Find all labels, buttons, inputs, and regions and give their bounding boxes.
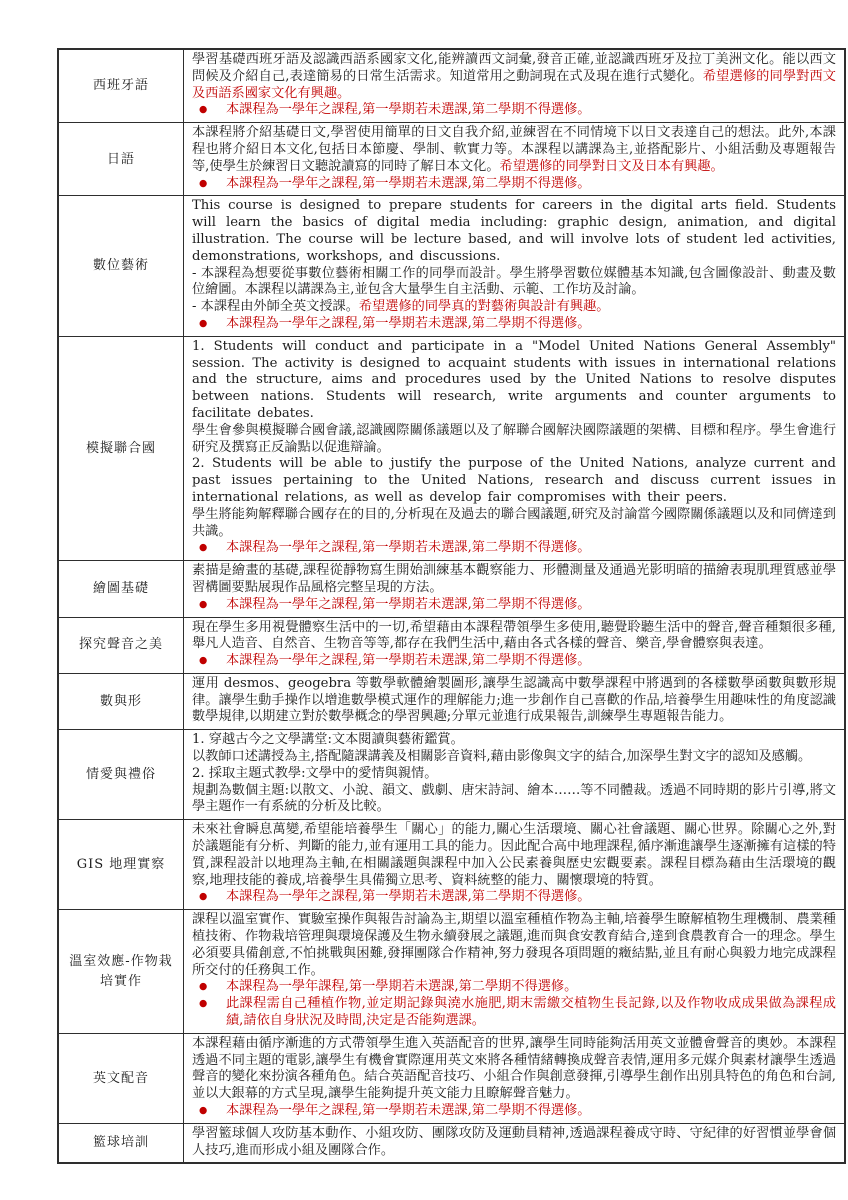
course-description-cell: 本課程藉由循序漸進的方式帶領學生進入英語配音的世界,讓學生同時能夠活用英文並體會… bbox=[184, 1033, 846, 1123]
bullet-item: ●本課程為一學年之課程,第一學期若未選課,第二學期不得選修。 bbox=[192, 102, 836, 119]
table-row: 探究聲音之美現在學生多用視覺體察生活中的一切,希望藉由本課程帶領學生多使用,聽覺… bbox=[58, 617, 845, 673]
text-run: - 本課程由外師全英文授課。 bbox=[192, 299, 359, 314]
bullet-icon: ● bbox=[192, 889, 226, 906]
text-run: 1. 穿越古今之文學講堂:文本閱讀與藝術鑑賞。 bbox=[192, 732, 464, 747]
bullet-item: ●本課程為一學年之課程,第一學期若未選課,第二學期不得選修。 bbox=[192, 653, 836, 670]
bullet-item: ●本課程為一學年之課程,第一學期若未選課,第二學期不得選修。 bbox=[192, 1103, 836, 1120]
text-run: 2. 採取主題式教學:文學中的愛情與親情。 bbox=[192, 766, 437, 781]
description-paragraph: 素描是繪畫的基礎,課程從靜物寫生開始訓練基本觀察能力、形體測量及通過光影明暗的描… bbox=[192, 563, 836, 597]
description-paragraph: 運用 desmos、geogebra 等數學軟體繪製圖形,讓學生認識高中數學課程… bbox=[192, 676, 836, 726]
table-row: 溫室效應-作物栽培實作課程以溫室實作、實驗室操作與報告討論為主,期望以溫室種植作… bbox=[58, 910, 845, 1034]
table-row: GIS 地理實察未來社會瞬息萬變,希望能培養學生「關心」的能力,關心生活環境、關… bbox=[58, 820, 845, 910]
description-paragraph: 學習籃球個人攻防基本動作、小組攻防、團隊攻防及運動員精神,透過課程養成守時、守紀… bbox=[192, 1126, 836, 1160]
description-paragraph: 2. 採取主題式教學:文學中的愛情與親情。 bbox=[192, 766, 836, 783]
highlight-text-run: 本課程為一學年之課程,第一學期若未選課,第二學期不得選修。 bbox=[226, 540, 590, 555]
description-paragraph: - 本課程由外師全英文授課。希望選修的同學真的對藝術與設計有興趣。 bbox=[192, 299, 836, 316]
description-paragraph: 本課程將介紹基礎日文,學習使用簡單的日文自我介紹,並練習在不同情境下以日文表達自… bbox=[192, 125, 836, 175]
course-name-cell: 模擬聯合國 bbox=[58, 336, 184, 560]
description-paragraph: 以教師口述講授為主,搭配隨課講義及相關影音資料,藉由影像與文字的結合,加深學生對… bbox=[192, 749, 836, 766]
text-run: 素描是繪畫的基礎,課程從靜物寫生開始訓練基本觀察能力、形體測量及通過光影明暗的描… bbox=[192, 563, 836, 595]
table-row: 英文配音本課程藉由循序漸進的方式帶領學生進入英語配音的世界,讓學生同時能夠活用英… bbox=[58, 1033, 845, 1123]
description-paragraph: 學習基礎西班牙語及認識西語系國家文化,能辨讀西文詞彙,發音正確,並認識西班牙及拉… bbox=[192, 52, 836, 102]
highlight-text-run: 本課程為一學年之課程,第一學期若未選課,第二學期不得選修。 bbox=[226, 889, 590, 904]
course-name-cell: 情愛與禮俗 bbox=[58, 730, 184, 820]
text-run: 以教師口述講授為主,搭配隨課講義及相關影音資料,藉由影像與文字的結合,加深學生對… bbox=[192, 749, 811, 764]
bullet-item: ●本課程為一學年之課程,第一學期若未選課,第二學期不得選修。 bbox=[192, 597, 836, 614]
highlight-text-run: 本課程為一學年之課程,第一學期若未選課,第二學期不得選修。 bbox=[226, 176, 590, 191]
description-paragraph: This course is designed to prepare stude… bbox=[192, 198, 836, 265]
bullet-icon: ● bbox=[192, 540, 226, 557]
course-description-cell: This course is designed to prepare stude… bbox=[184, 196, 846, 336]
bullet-text: 本課程為一學年之課程,第一學期若未選課,第二學期不得選修。 bbox=[226, 176, 836, 193]
text-run: 1. Students will conduct and participate… bbox=[192, 339, 836, 421]
bullet-text: 本課程為一學年之課程,第一學期若未選課,第二學期不得選修。 bbox=[226, 889, 836, 906]
bullet-item: ●此課程需自己種植作物,並定期記錄與澆水施肥,期末需繳交植物生長記錄,以及作物收… bbox=[192, 996, 836, 1030]
course-description-cell: 1. 穿越古今之文學講堂:文本閱讀與藝術鑑賞。以教師口述講授為主,搭配隨課講義及… bbox=[184, 730, 846, 820]
description-paragraph: - 本課程為想要從事數位藝術相關工作的同學而設計。學生將學習數位媒體基本知識,包… bbox=[192, 266, 836, 300]
table-row: 數位藝術This course is designed to prepare s… bbox=[58, 196, 845, 336]
course-table-body: 西班牙語學習基礎西班牙語及認識西語系國家文化,能辨讀西文詞彙,發音正確,並認識西… bbox=[58, 49, 845, 1163]
description-paragraph: 2. Students will be able to justify the … bbox=[192, 456, 836, 506]
highlight-text-run: 本課程為一學年之課程,第一學期若未選課,第二學期不得選修。 bbox=[226, 1103, 590, 1118]
bullet-text: 本課程為一學年之課程,第一學期若未選課,第二學期不得選修。 bbox=[226, 597, 836, 614]
bullet-icon: ● bbox=[192, 1103, 226, 1120]
bullet-icon: ● bbox=[192, 996, 226, 1030]
highlight-text-run: 本課程為一學年之課程,第一學期若未選課,第二學期不得選修。 bbox=[226, 316, 590, 331]
bullet-text: 本課程為一學年之課程,第一學期若未選課,第二學期不得選修。 bbox=[226, 653, 836, 670]
course-description-cell: 素描是繪畫的基礎,課程從靜物寫生開始訓練基本觀察能力、形體測量及通過光影明暗的描… bbox=[184, 561, 846, 617]
bullet-text: 本課程為一學年之課程,第一學期若未選課,第二學期不得選修。 bbox=[226, 540, 836, 557]
text-run: 本課程藉由循序漸進的方式帶領學生進入英語配音的世界,讓學生同時能夠活用英文並體會… bbox=[192, 1036, 836, 1101]
description-paragraph: 本課程藉由循序漸進的方式帶領學生進入英語配音的世界,讓學生同時能夠活用英文並體會… bbox=[192, 1036, 836, 1103]
table-row: 情愛與禮俗1. 穿越古今之文學講堂:文本閱讀與藝術鑑賞。以教師口述講授為主,搭配… bbox=[58, 730, 845, 820]
bullet-text: 本課程為一學年之課程,第一學期若未選課,第二學期不得選修。 bbox=[226, 102, 836, 119]
bullet-icon: ● bbox=[192, 102, 226, 119]
table-row: 籃球培訓學習籃球個人攻防基本動作、小組攻防、團隊攻防及運動員精神,透過課程養成守… bbox=[58, 1123, 845, 1163]
text-run: 課程以溫室實作、實驗室操作與報告討論為主,期望以溫室種植作物為主軸,培養學生瞭解… bbox=[192, 912, 836, 977]
description-paragraph: 學生將能夠解釋聯合國存在的目的,分析現在及過去的聯合國議題,研究及討論當今國際關… bbox=[192, 507, 836, 541]
text-run: 未來社會瞬息萬變,希望能培養學生「關心」的能力,關心生活環境、關心社會議題、關心… bbox=[192, 822, 836, 887]
bullet-icon: ● bbox=[192, 316, 226, 333]
course-name-cell: 探究聲音之美 bbox=[58, 617, 184, 673]
course-name-cell: 數與形 bbox=[58, 673, 184, 729]
bullet-item: ●本課程為一學年課程,第一學期若未選課,第二學期不得選修。 bbox=[192, 979, 836, 996]
course-description-cell: 現在學生多用視覺體察生活中的一切,希望藉由本課程帶領學生多使用,聽覺聆聽生活中的… bbox=[184, 617, 846, 673]
text-run: 2. Students will be able to justify the … bbox=[192, 456, 836, 505]
course-description-cell: 未來社會瞬息萬變,希望能培養學生「關心」的能力,關心生活環境、關心社會議題、關心… bbox=[184, 820, 846, 910]
bullet-icon: ● bbox=[192, 979, 226, 996]
bullet-text: 本課程為一學年之課程,第一學期若未選課,第二學期不得選修。 bbox=[226, 1103, 836, 1120]
course-name-cell: 數位藝術 bbox=[58, 196, 184, 336]
highlight-text-run: 此課程需自己種植作物,並定期記錄與澆水施肥,期末需繳交植物生長記錄,以及作物收成… bbox=[226, 996, 836, 1028]
description-paragraph: 1. Students will conduct and participate… bbox=[192, 339, 836, 423]
description-paragraph: 現在學生多用視覺體察生活中的一切,希望藉由本課程帶領學生多使用,聽覺聆聽生活中的… bbox=[192, 620, 836, 654]
text-run: 規劃為數個主題:以散文、小說、韻文、戲劇、唐宋詩詞、繪本……等不同體裁。透過不同… bbox=[192, 783, 836, 815]
document-page: { "colors": { "red": "#c00000", "text": … bbox=[0, 0, 848, 1200]
course-table: 西班牙語學習基礎西班牙語及認識西語系國家文化,能辨讀西文詞彙,發音正確,並認識西… bbox=[57, 48, 846, 1164]
description-paragraph: 規劃為數個主題:以散文、小說、韻文、戲劇、唐宋詩詞、繪本……等不同體裁。透過不同… bbox=[192, 783, 836, 817]
course-name-cell: 英文配音 bbox=[58, 1033, 184, 1123]
course-name-cell: 日語 bbox=[58, 123, 184, 196]
course-catalog-table: 西班牙語學習基礎西班牙語及認識西語系國家文化,能辨讀西文詞彙,發音正確,並認識西… bbox=[57, 48, 846, 1164]
text-run: 學習籃球個人攻防基本動作、小組攻防、團隊攻防及運動員精神,透過課程養成守時、守紀… bbox=[192, 1126, 836, 1158]
course-name-cell: GIS 地理實察 bbox=[58, 820, 184, 910]
highlight-text-run: 本課程為一學年之課程,第一學期若未選課,第二學期不得選修。 bbox=[226, 102, 590, 117]
highlight-text-run: 本課程為一學年之課程,第一學期若未選課,第二學期不得選修。 bbox=[226, 653, 590, 668]
description-paragraph: 未來社會瞬息萬變,希望能培養學生「關心」的能力,關心生活環境、關心社會議題、關心… bbox=[192, 822, 836, 889]
description-paragraph: 1. 穿越古今之文學講堂:文本閱讀與藝術鑑賞。 bbox=[192, 732, 836, 749]
table-row: 西班牙語學習基礎西班牙語及認識西語系國家文化,能辨讀西文詞彙,發音正確,並認識西… bbox=[58, 49, 845, 123]
bullet-item: ●本課程為一學年之課程,第一學期若未選課,第二學期不得選修。 bbox=[192, 176, 836, 193]
highlight-text-run: 本課程為一學年課程,第一學期若未選課,第二學期不得選修。 bbox=[226, 979, 577, 994]
text-run: 學生將能夠解釋聯合國存在的目的,分析現在及過去的聯合國議題,研究及討論當今國際關… bbox=[192, 507, 836, 539]
table-row: 繪圖基礎素描是繪畫的基礎,課程從靜物寫生開始訓練基本觀察能力、形體測量及通過光影… bbox=[58, 561, 845, 617]
text-run: This course is designed to prepare stude… bbox=[192, 198, 836, 263]
description-paragraph: 學生會參與模擬聯合國會議,認識國際關係議題以及了解聯合國解決國際議題的架構、目標… bbox=[192, 423, 836, 457]
course-description-cell: 課程以溫室實作、實驗室操作與報告討論為主,期望以溫室種植作物為主軸,培養學生瞭解… bbox=[184, 910, 846, 1034]
highlight-text-run: 希望選修的同學對日文及日本有興趣。 bbox=[500, 159, 724, 174]
table-row: 數與形運用 desmos、geogebra 等數學軟體繪製圖形,讓學生認識高中數… bbox=[58, 673, 845, 729]
course-name-cell: 西班牙語 bbox=[58, 49, 184, 123]
text-run: 現在學生多用視覺體察生活中的一切,希望藉由本課程帶領學生多使用,聽覺聆聽生活中的… bbox=[192, 620, 836, 652]
table-row: 日語本課程將介紹基礎日文,學習使用簡單的日文自我介紹,並練習在不同情境下以日文表… bbox=[58, 123, 845, 196]
bullet-icon: ● bbox=[192, 653, 226, 670]
highlight-text-run: 希望選修的同學真的對藝術與設計有興趣。 bbox=[359, 299, 610, 314]
course-description-cell: 學習基礎西班牙語及認識西語系國家文化,能辨讀西文詞彙,發音正確,並認識西班牙及拉… bbox=[184, 49, 846, 123]
text-run: 運用 desmos、geogebra 等數學軟體繪製圖形,讓學生認識高中數學課程… bbox=[192, 676, 836, 725]
course-description-cell: 學習籃球個人攻防基本動作、小組攻防、團隊攻防及運動員精神,透過課程養成守時、守紀… bbox=[184, 1123, 846, 1163]
bullet-item: ●本課程為一學年之課程,第一學期若未選課,第二學期不得選修。 bbox=[192, 316, 836, 333]
bullet-text: 本課程為一學年之課程,第一學期若未選課,第二學期不得選修。 bbox=[226, 316, 836, 333]
course-description-cell: 1. Students will conduct and participate… bbox=[184, 336, 846, 560]
bullet-text: 本課程為一學年課程,第一學期若未選課,第二學期不得選修。 bbox=[226, 979, 836, 996]
bullet-text: 此課程需自己種植作物,並定期記錄與澆水施肥,期末需繳交植物生長記錄,以及作物收成… bbox=[226, 996, 836, 1030]
course-description-cell: 本課程將介紹基礎日文,學習使用簡單的日文自我介紹,並練習在不同情境下以日文表達自… bbox=[184, 123, 846, 196]
bullet-item: ●本課程為一學年之課程,第一學期若未選課,第二學期不得選修。 bbox=[192, 540, 836, 557]
description-paragraph: 課程以溫室實作、實驗室操作與報告討論為主,期望以溫室種植作物為主軸,培養學生瞭解… bbox=[192, 912, 836, 979]
text-run: 學生會參與模擬聯合國會議,認識國際關係議題以及了解聯合國解決國際議題的架構、目標… bbox=[192, 423, 836, 455]
course-name-cell: 溫室效應-作物栽培實作 bbox=[58, 910, 184, 1034]
table-row: 模擬聯合國1. Students will conduct and partic… bbox=[58, 336, 845, 560]
highlight-text-run: 本課程為一學年之課程,第一學期若未選課,第二學期不得選修。 bbox=[226, 597, 590, 612]
bullet-icon: ● bbox=[192, 597, 226, 614]
course-name-cell: 繪圖基礎 bbox=[58, 561, 184, 617]
text-run: - 本課程為想要從事數位藝術相關工作的同學而設計。學生將學習數位媒體基本知識,包… bbox=[192, 266, 836, 298]
bullet-icon: ● bbox=[192, 176, 226, 193]
bullet-item: ●本課程為一學年之課程,第一學期若未選課,第二學期不得選修。 bbox=[192, 889, 836, 906]
course-name-cell: 籃球培訓 bbox=[58, 1123, 184, 1163]
course-description-cell: 運用 desmos、geogebra 等數學軟體繪製圖形,讓學生認識高中數學課程… bbox=[184, 673, 846, 729]
